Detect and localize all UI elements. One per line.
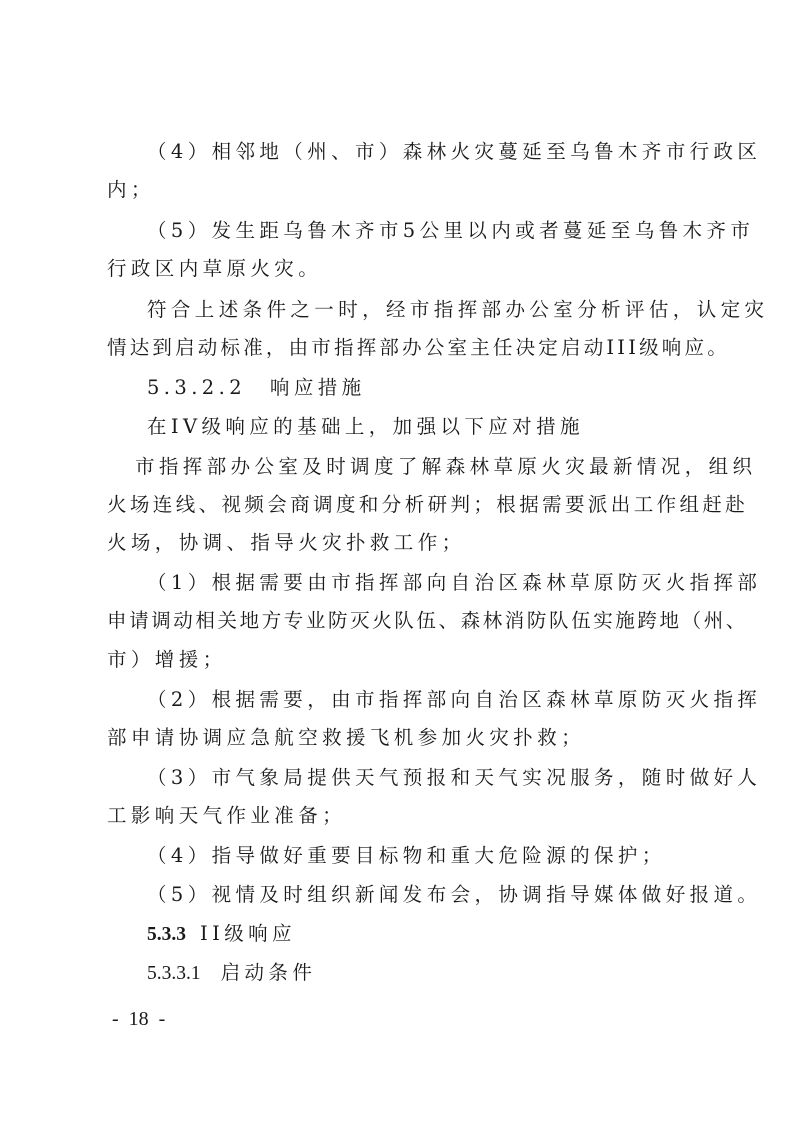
section-heading-5322: 5.3.2.2 响应措施: [147, 376, 727, 400]
paragraph-line: 市）增援；: [107, 648, 687, 672]
list-item: （5）视情及时组织新闻发布会，协调指导媒体做好报道。: [147, 883, 727, 907]
paragraph-line: 行政区内草原火灾。: [107, 257, 687, 281]
paragraph-line: 符合上述条件之一时，经市指挥部办公室分析评估，认定灾: [147, 298, 727, 322]
paragraph-line: 申请调动相关地方专业防灭火队伍、森林消防队伍实施跨地（州、: [107, 609, 687, 633]
paragraph-line: （5）发生距乌鲁木齐市5公里以内或者蔓延至乌鲁木齐市: [147, 219, 727, 243]
paragraph-line: 工影响天气作业准备；: [107, 804, 687, 828]
list-item: （3）市气象局提供天气预报和天气实况服务，随时做好人: [147, 766, 727, 790]
paragraph-line: 在IV级响应的基础上，加强以下应对措施: [147, 415, 727, 439]
paragraph-line: 火场连线、视频会商调度和分析研判；根据需要派出工作组赶赴: [107, 493, 687, 517]
section-heading-5331: 5.3.3.1启动条件: [147, 961, 727, 986]
paragraph-line: 内；: [107, 178, 687, 202]
document-page: （4）相邻地（州、市）森林火灾蔓延至乌鲁木齐市行政区 内； （5）发生距乌鲁木齐…: [0, 0, 793, 1122]
paragraph-line: （4）相邻地（州、市）森林火灾蔓延至乌鲁木齐市行政区: [147, 140, 727, 164]
page-number: - 18 -: [112, 1008, 165, 1031]
heading-number: 5.3.3: [147, 924, 186, 945]
paragraph-line: 情达到启动标准，由市指挥部办公室主任决定启动III级响应。: [107, 336, 687, 360]
paragraph-line: 火场，协调、指导火灾扑救工作；: [107, 531, 687, 555]
paragraph-line: 市指挥部办公室及时调度了解森林草原火灾最新情况，组织: [135, 455, 715, 479]
heading-title: 启动条件: [221, 961, 317, 984]
section-heading-533: 5.3.3II级响应: [147, 922, 727, 947]
heading-title: II级响应: [200, 922, 296, 945]
list-item: （1）根据需要由市指挥部向自治区森林草原防灭火指挥部: [147, 571, 727, 595]
list-item: （4）指导做好重要目标物和重大危险源的保护；: [147, 844, 727, 868]
list-item: （2）根据需要，由市指挥部向自治区森林草原防灭火指挥: [147, 688, 727, 712]
paragraph-line: 部申请协调应急航空救援飞机参加火灾扑救；: [107, 726, 687, 750]
heading-number: 5.3.3.1: [147, 963, 201, 984]
